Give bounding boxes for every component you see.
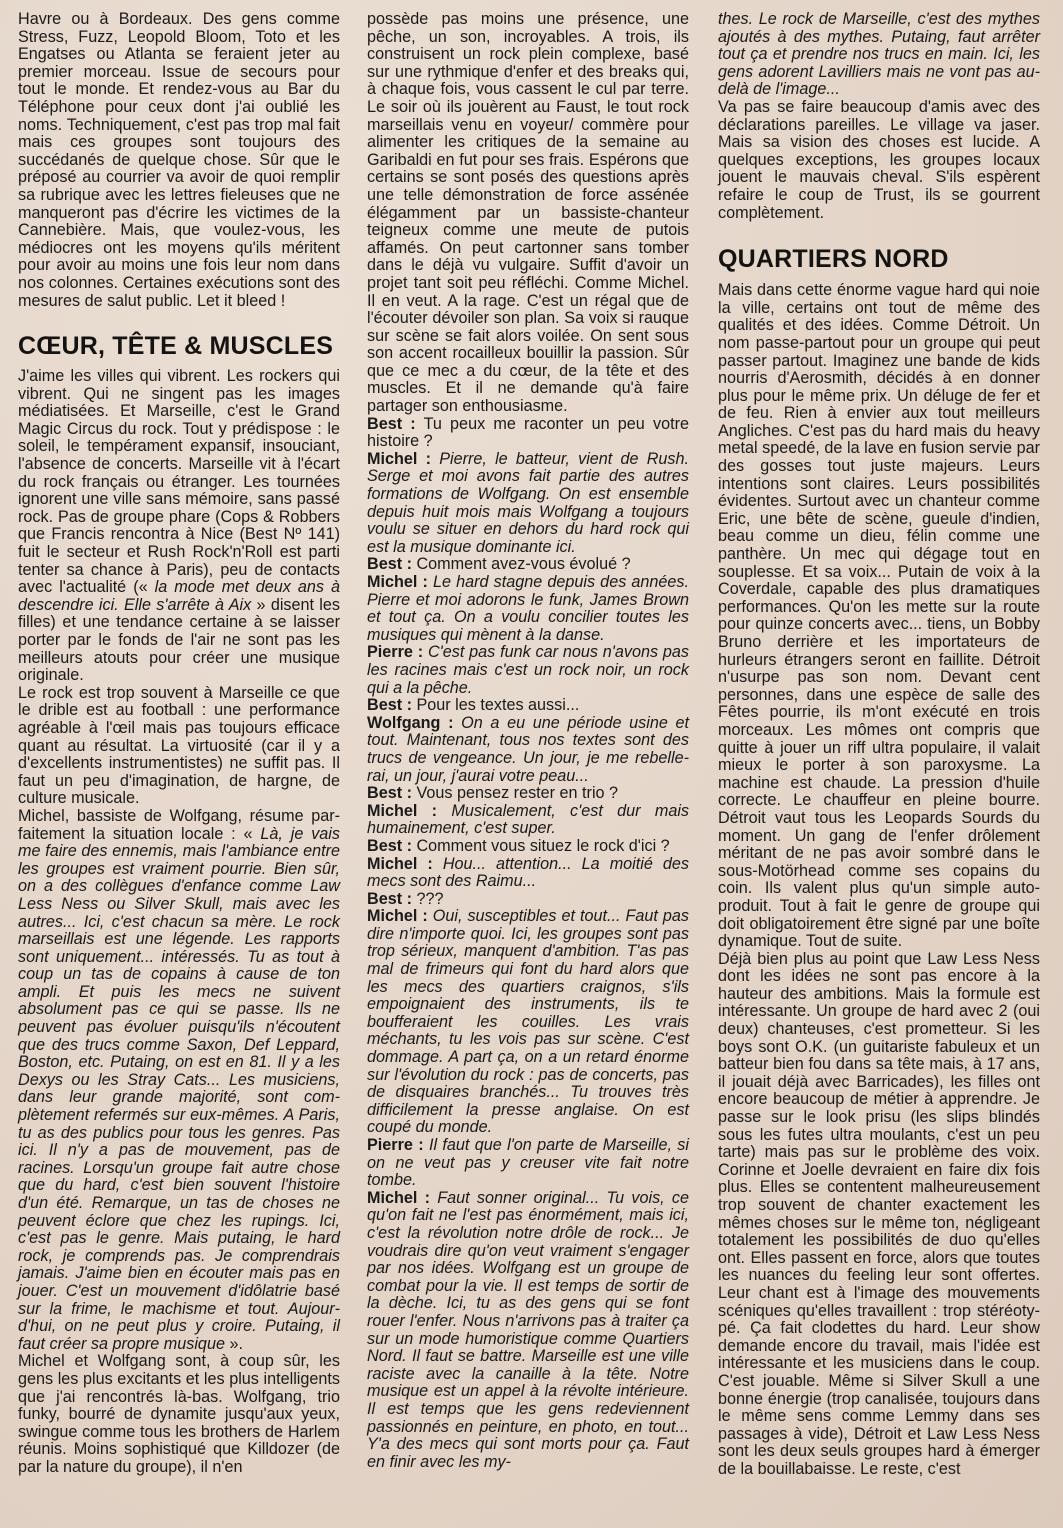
speaker-label: Michel : bbox=[367, 907, 428, 925]
paragraph: Déjà bien plus au point que Law Less Nes… bbox=[718, 951, 1040, 1479]
interview-entry: Best : Comment avez-vous évolué ? bbox=[367, 556, 689, 574]
speaker-text: Oui, susceptibles et tout... Faut pas di… bbox=[367, 907, 689, 1136]
paragraph: Havre ou à Bordeaux. Des gens comme Stre… bbox=[18, 11, 340, 310]
paragraph: Mais dans cette énorme vague hard qui no… bbox=[718, 282, 1040, 951]
column-2: possède pas moins une présence, une pêch… bbox=[367, 11, 689, 1471]
speaker-text: Faut sonner original... Tu vois, ce qu'o… bbox=[367, 1189, 689, 1471]
speaker-text: Comment vous situez le rock d'ici ? bbox=[416, 837, 669, 855]
speaker-label: Best : bbox=[367, 890, 412, 908]
interview-entry: Michel : Le hard stagne depuis des an­né… bbox=[367, 574, 689, 644]
interview-entry: Best : Comment vous situez le rock d'ici… bbox=[367, 838, 689, 856]
speaker-label: Best : bbox=[367, 784, 412, 802]
interview-entry: Michel : Pierre, le batteur, vient de Ru… bbox=[367, 451, 689, 557]
interview-entry: Best : ??? bbox=[367, 891, 689, 909]
speaker-label: Michel : bbox=[367, 802, 437, 820]
interview-entry: Michel : Musicalement, c'est dur mais hu… bbox=[367, 803, 689, 838]
paragraph: possède pas moins une présence, une pêch… bbox=[367, 11, 689, 416]
interview-entry: Michel : Oui, susceptibles et tout... Fa… bbox=[367, 908, 689, 1137]
speaker-label: Michel : bbox=[367, 573, 428, 591]
paragraph-quote-end: thes. Le rock de Marseille, c'est des my… bbox=[718, 11, 1040, 99]
speaker-text: Vous pensez rester en trio ? bbox=[416, 784, 618, 802]
interview-entry: Best : Tu peux me raconter un peu votre … bbox=[367, 416, 689, 451]
interview-entry: Wolfgang : On a eu une période usine et … bbox=[367, 715, 689, 785]
paragraph: J'aime les villes qui vibrent. Les rocke… bbox=[18, 368, 340, 685]
paragraph: Va pas se faire beaucoup d'amis avec des… bbox=[718, 99, 1040, 222]
paragraph-quote: Michel, bassiste de Wolfgang, résume par… bbox=[18, 808, 340, 1353]
interview-entry: Pierre : C'est pas funk car nous n'avons… bbox=[367, 644, 689, 697]
speaker-label: Michel : bbox=[367, 855, 433, 873]
interview-entry: Pierre : Il faut que l'on parte de Marse… bbox=[367, 1137, 689, 1190]
interview-entry: Michel : Hou... attention... La moitié d… bbox=[367, 856, 689, 891]
speaker-label: Pierre : bbox=[367, 643, 423, 661]
speaker-text: ??? bbox=[416, 890, 443, 908]
speaker-label: Best : bbox=[367, 837, 412, 855]
interview-list: Best : Tu peux me raconter un peu votre … bbox=[367, 416, 689, 1472]
column-3: thes. Le rock de Marseille, c'est des my… bbox=[718, 11, 1040, 1479]
speaker-label: Michel : bbox=[367, 1189, 430, 1207]
speaker-label: Wolfgang : bbox=[367, 714, 454, 732]
paragraph: Michel et Wolfgang sont, à coup sûr, les… bbox=[18, 1353, 340, 1476]
section-heading-coeur-tete-muscles: CŒUR, TÊTE & MUSCLES bbox=[18, 332, 340, 360]
interview-entry: Best : Vous pensez rester en trio ? bbox=[367, 785, 689, 803]
speaker-label: Best : bbox=[367, 555, 412, 573]
speaker-label: Best : bbox=[367, 415, 416, 433]
speaker-text: Tu peux me raconter un peu votre histoir… bbox=[367, 415, 689, 451]
magazine-page: Havre ou à Bordeaux. Des gens comme Stre… bbox=[0, 0, 1063, 1528]
section-heading-quartiers-nord: QUARTIERS NORD bbox=[718, 245, 1040, 273]
speaker-label: Michel : bbox=[367, 450, 431, 468]
paragraph: Le rock est trop souvent à Marseille ce … bbox=[18, 685, 340, 808]
column-1: Havre ou à Bordeaux. Des gens comme Stre… bbox=[18, 11, 340, 1477]
speaker-label: Best : bbox=[367, 696, 412, 714]
speaker-text: Comment avez-vous évolué ? bbox=[416, 555, 630, 573]
interview-entry: Best : Pour les textes aussi... bbox=[367, 697, 689, 715]
interview-entry: Michel : Faut sonner original... Tu vois… bbox=[367, 1190, 689, 1472]
speaker-text: Pour les textes aussi... bbox=[416, 696, 579, 714]
speaker-label: Pierre : bbox=[367, 1136, 424, 1154]
